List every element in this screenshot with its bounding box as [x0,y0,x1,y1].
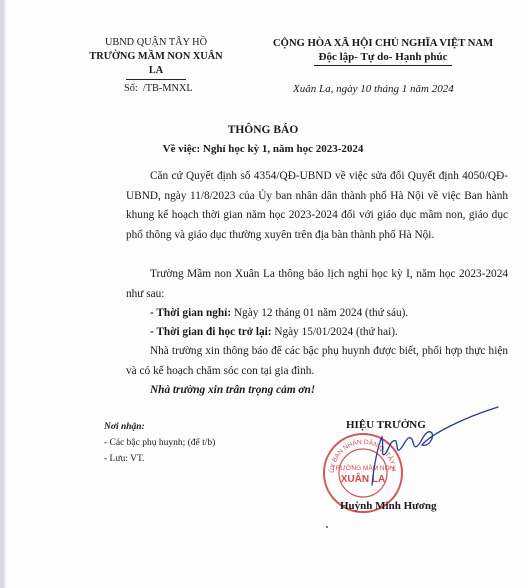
issuing-authority-block: UBND QUẬN TÂY HỒ TRƯỜNG MẦM NON XUÂN LA [86,36,226,80]
place-date: Xuân La, ngày 10 tháng 1 năm 2024 [293,83,454,95]
recipients-heading: Nơi nhận: [104,419,215,435]
recipient-item: - Các bậc phụ huynh; (để t/b) [104,435,215,451]
header-left-underline [126,79,186,80]
document-number: Số: /TB-MNXL [124,83,193,94]
body-paragraph-announcement: Trường Mầm non Xuân La thông báo lịch ng… [126,265,508,304]
page-speck [326,526,328,528]
recipient-item: - Lưu: VT. [104,451,215,467]
document-number-label: Số: [124,83,138,94]
body-paragraph-notice: Nhà trường xin thông báo để các bậc phụ … [126,342,508,381]
schedule-item-value: Ngày 12 tháng 01 năm 2024 (thứ sáu). [231,307,408,319]
schedule-item-label: - Thời gian đi học trở lại: [150,326,272,338]
header-right-underline [314,65,452,66]
school-name: TRƯỜNG MẦM NON XUÂN LA [86,50,226,78]
schedule-item-label: - Thời gian nghỉ: [150,307,231,319]
national-motto-block: CỘNG HÒA XÃ HỘI CHỦ NGHĨA VIỆT NAM Độc l… [248,36,518,66]
document-subtitle: Về việc: Nghỉ học kỳ 1, năm học 2023-202… [0,143,526,155]
schedule-item-return: - Thời gian đi học trở lại: Ngày 15/01/2… [126,323,508,343]
signer-name: Huỳnh Minh Hương [340,500,436,512]
schedule-item-break: - Thời gian nghỉ: Ngày 12 tháng 01 năm 2… [126,304,508,324]
motto: Độc lập- Tự do- Hạnh phúc [248,50,518,64]
national-title: CỘNG HÒA XÃ HỘI CHỦ NGHĨA VIỆT NAM [248,36,518,50]
closing-thanks: Nhà trường xin trân trọng cảm ơn! [126,381,508,401]
authority-name: UBND QUẬN TÂY HỒ [86,36,226,50]
body-paragraph-legal-basis: Căn cứ Quyết định số 4354/QĐ-UBND về việ… [126,167,508,245]
document-title: THÔNG BÁO [0,124,526,136]
recipients-block: Nơi nhận: - Các bậc phụ huynh; (để t/b) … [104,419,215,467]
schedule-item-value: Ngày 15/01/2024 (thứ hai). [272,326,398,338]
document-number-value: /TB-MNXL [143,83,193,94]
handwritten-signature-icon [370,405,500,495]
